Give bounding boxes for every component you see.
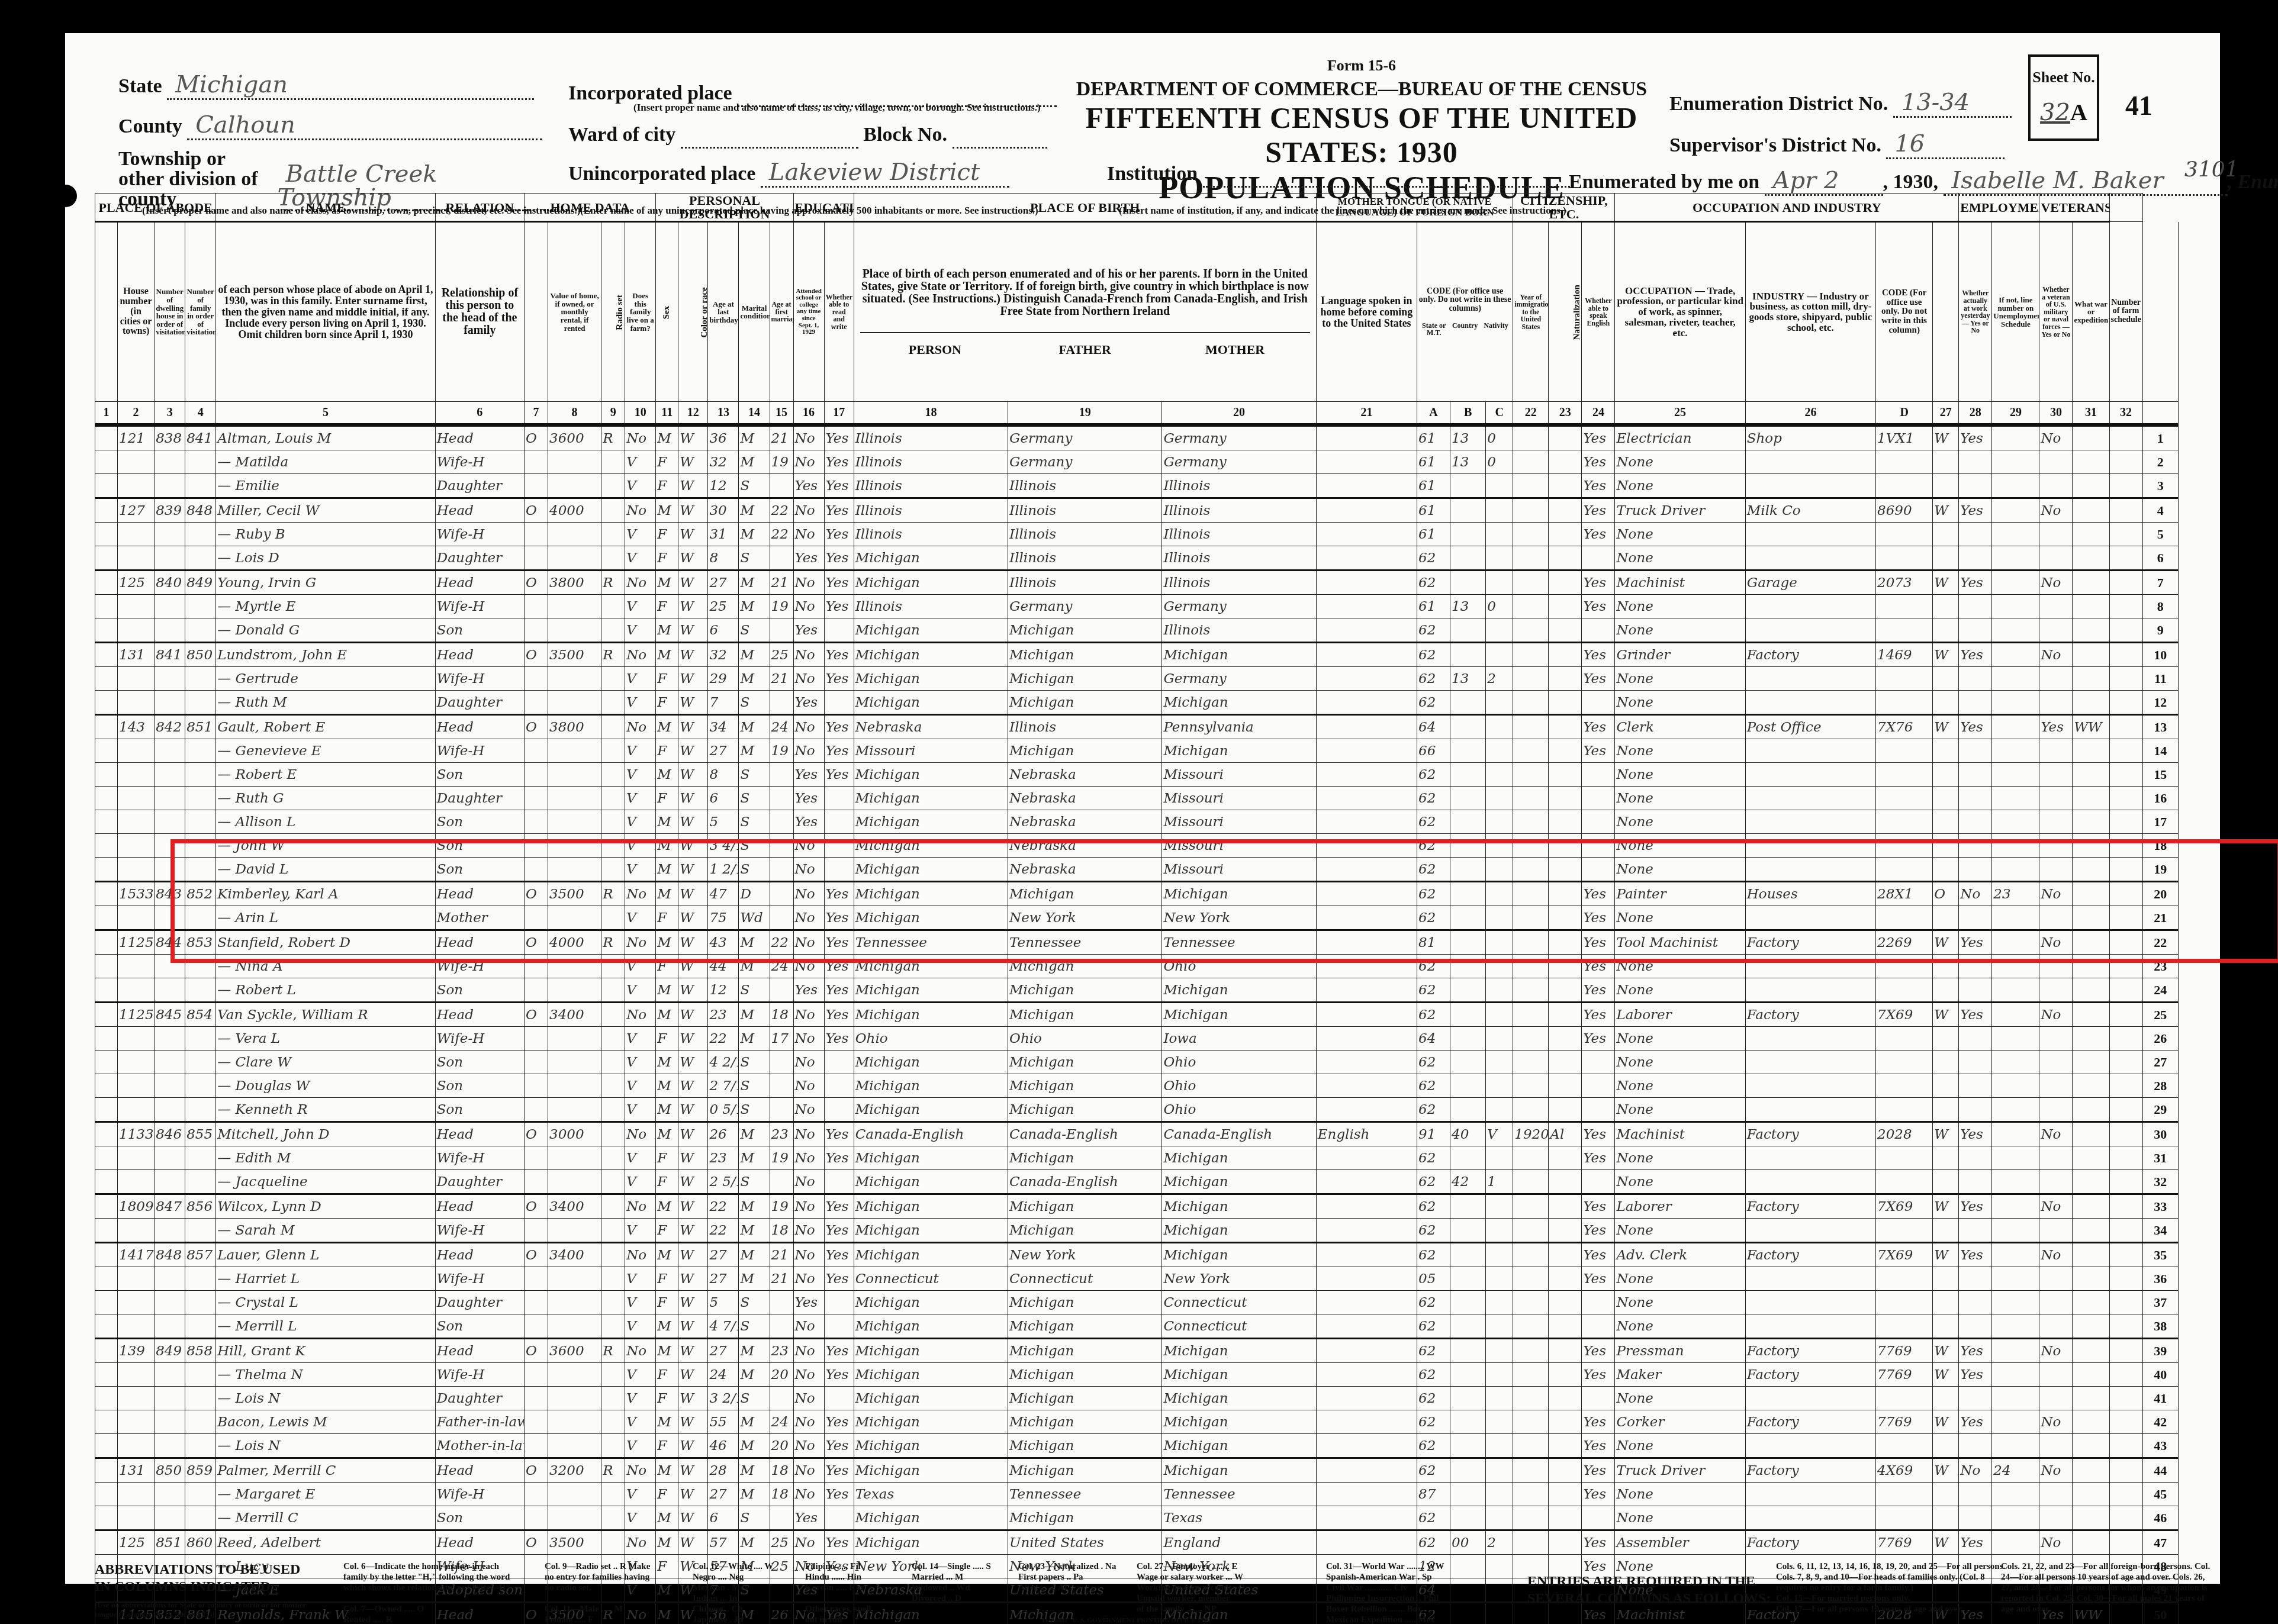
cell-owned [524,810,548,834]
cell-race: W [678,1219,708,1243]
cell-house [118,1267,155,1291]
line-number: 32 [2142,1170,2178,1194]
cell-farm: V [625,739,656,763]
cell-marital: Wd [739,906,770,930]
cell-farm: V [625,546,656,571]
cell-value [548,1098,601,1122]
cell-work [1959,810,1992,834]
cell-occ: None [1615,763,1745,787]
cell-sex: F [656,787,678,810]
line-number: 30 [2142,1122,2178,1146]
cell-mother: Germany [1162,450,1316,474]
cell-value [548,787,601,810]
cell-eng: Yes [1582,1530,1615,1555]
column-number: 30 [2039,402,2073,426]
cell-occ: Assembler [1615,1530,1745,1555]
cell-family: 857 [185,1243,216,1267]
cell-house [118,978,155,1003]
cell-marital: M [739,1219,770,1243]
column-number: 22 [1513,402,1549,426]
cell-B: 13 [1450,595,1486,618]
cell-work: Yes [1959,930,1992,955]
cell-age: 23 [708,1003,739,1027]
col-farm: Does this family live on a farm? [625,222,656,402]
cell-street [95,1194,118,1219]
cell-father: Michigan [1008,1434,1162,1458]
cell-B [1450,978,1486,1003]
cell-age: 2 7/12 [708,1074,739,1098]
cell-mother: Michigan [1162,1243,1316,1267]
cell-radio [601,618,625,643]
cell-value [548,691,601,715]
cell-farm: V [625,1483,656,1506]
cell-A: 62 [1417,618,1450,643]
cell-occ: Machinist [1615,571,1745,595]
col-home-owned: Home owned or rented [524,222,548,402]
cell-owned [524,450,548,474]
column-number: 15 [770,402,793,426]
cell-eng: Yes [1582,571,1615,595]
cell-farmsched [2109,1051,2142,1074]
cell-pob: Illinois [854,474,1008,498]
cell-C [1486,1219,1513,1243]
cell-radio [601,715,625,739]
cell-name: — Robert E [216,763,436,787]
cell-unemp [1992,930,2039,955]
cell-B [1450,1219,1486,1243]
cell-relation: Wife-H [435,739,524,763]
cell-age: 23 [708,1146,739,1170]
cell-pob: Michigan [854,1146,1008,1170]
col-age: Age at last birthday [708,222,739,402]
cell-cls: W [1933,425,1959,450]
cell-sex: F [656,1146,678,1170]
cell-C [1486,1098,1513,1122]
cell-radio [601,1003,625,1027]
cell-relation: Head [435,1458,524,1483]
cell-eng [1582,1291,1615,1314]
cell-nat [1549,1267,1582,1291]
cell-pob: Michigan [854,1051,1008,1074]
cell-father: Michigan [1008,1003,1162,1027]
cell-occ: None [1615,474,1745,498]
cell-nat [1549,1074,1582,1098]
cell-family: 858 [185,1339,216,1363]
cell-family [185,1219,216,1243]
cell-mother: Missouri [1162,787,1316,810]
cell-age: 6 [708,1506,739,1530]
cell-value: 3400 [548,1243,601,1267]
cell-imm [1513,691,1549,715]
cell-eng [1582,1170,1615,1194]
cell-unemp [1992,1219,2039,1243]
cell-school: No [793,1194,824,1219]
cell-work: Yes [1959,1194,1992,1219]
cell-family [185,1314,216,1339]
cell-nat [1549,523,1582,546]
cell-school: Yes [793,763,824,787]
cell-house: 143 [118,715,155,739]
cell-house: 127 [118,498,155,523]
cell-nat [1549,1003,1582,1027]
cell-age_marr: 23 [770,1339,793,1363]
cell-house [118,1170,155,1194]
cell-vet [2039,739,2073,763]
cell-mother: Iowa [1162,1027,1316,1051]
cell-farm: No [625,1194,656,1219]
cell-ind [1745,474,1875,498]
cell-pob: Michigan [854,978,1008,1003]
cell-age: 32 [708,450,739,474]
cell-work [1959,1387,1992,1410]
cell-imm [1513,1003,1549,1027]
cell-dwelling [155,667,185,691]
cell-name: — Lois N [216,1434,436,1458]
cell-read [824,1506,854,1530]
cell-age_marr: 25 [770,643,793,667]
cell-nat [1549,739,1582,763]
cell-B [1450,1194,1486,1219]
column-number: 17 [824,402,854,426]
line-number: 26 [2142,1027,2178,1051]
cell-value [548,1363,601,1387]
cell-sex: M [656,425,678,450]
cell-A: 62 [1417,1291,1450,1314]
cell-house: 1417 [118,1243,155,1267]
unincorporated-value: Lakeview District [761,159,980,186]
group-home-data: HOME DATA [524,194,655,222]
cell-read: Yes [824,1267,854,1291]
cell-A: 62 [1417,763,1450,787]
cell-school: Yes [793,1291,824,1314]
cell-relation: Daughter [435,1291,524,1314]
cell-relation: Wife-H [435,1027,524,1051]
cell-vet [2039,763,2073,787]
cell-relation: Wife-H [435,595,524,618]
column-number: 11 [656,402,678,426]
ward-field: Ward of city Block No. [568,120,1047,149]
table-row: — Harriet LWife-HVFW27M21NoYesConnecticu… [95,1267,2179,1291]
cell-lang [1316,1098,1417,1122]
cell-farm: V [625,1434,656,1458]
cell-race: W [678,1387,708,1410]
cell-occ: Truck Driver [1615,498,1745,523]
cell-farmsched [2109,1170,2142,1194]
cell-imm [1513,1051,1549,1074]
cell-lang [1316,1434,1417,1458]
cell-race: W [678,1098,708,1122]
cell-vet: No [2039,498,2073,523]
cell-read [824,1291,854,1314]
cell-sex: F [656,691,678,715]
cell-eng [1582,1314,1615,1339]
line-number: 43 [2142,1434,2178,1458]
cell-imm [1513,425,1549,450]
cell-father: Illinois [1008,523,1162,546]
cell-nat [1549,1027,1582,1051]
cell-age: 4 2/12 [708,1051,739,1074]
cell-eng: Yes [1582,1363,1615,1387]
cell-imm [1513,498,1549,523]
cell-radio [601,546,625,571]
col-home-value: Value of home, if owned, or monthly rent… [548,222,601,402]
cell-nat [1549,1458,1582,1483]
cell-unemp [1992,1314,2039,1339]
cell-age_marr [770,1314,793,1339]
cell-marital: M [739,1410,770,1434]
cell-unemp [1992,1003,2039,1027]
cell-war [2073,1243,2109,1267]
cell-marital: M [739,1530,770,1555]
line-number: 7 [2142,571,2178,595]
cell-street [95,667,118,691]
cell-value [548,978,601,1003]
cell-imm [1513,787,1549,810]
cell-sex: F [656,523,678,546]
cell-street [95,595,118,618]
cell-school: No [793,1027,824,1051]
cell-marital: M [739,450,770,474]
cell-B [1450,906,1486,930]
cell-name: — Merrill L [216,1314,436,1339]
cell-ind [1745,618,1875,643]
cell-age_marr: 24 [770,1410,793,1434]
county-field: County Calhoun [118,111,542,140]
cell-nat [1549,978,1582,1003]
group-education: EDUCATION [793,194,854,222]
cell-name: — Merrill C [216,1506,436,1530]
cell-unemp [1992,691,2039,715]
cell-street [95,906,118,930]
cell-value [548,595,601,618]
cell-school: Yes [793,978,824,1003]
col-war: What war or expedition? [2073,222,2109,402]
cell-dwelling: 838 [155,425,185,450]
cell-B [1450,618,1486,643]
cell-house [118,667,155,691]
cell-radio [601,450,625,474]
cell-war [2073,546,2109,571]
cell-street [95,498,118,523]
cell-value: 3400 [548,1003,601,1027]
cell-mother: Germany [1162,425,1316,450]
line-number: 4 [2142,498,2178,523]
cell-mother: Michigan [1162,1458,1316,1483]
cell-name: — Gertrude [216,667,436,691]
cell-house [118,763,155,787]
column-number: 10 [625,402,656,426]
cell-farmsched [2109,595,2142,618]
cell-marital: M [739,1267,770,1291]
cell-father: Michigan [1008,1410,1162,1434]
cell-sex: M [656,1098,678,1122]
cell-house [118,450,155,474]
cell-age_marr: 22 [770,523,793,546]
cell-B [1450,810,1486,834]
cell-war [2073,1506,2109,1530]
cell-ind: Milk Co [1745,498,1875,523]
column-number: 9 [601,402,625,426]
cell-school: No [793,1146,824,1170]
cell-family [185,1291,216,1314]
cell-unemp [1992,546,2039,571]
cell-occ: Adv. Clerk [1615,1243,1745,1267]
cell-vet [2039,667,2073,691]
cell-code [1876,1074,1933,1098]
cell-farmsched [2109,1458,2142,1483]
cell-ind [1745,1074,1875,1098]
line-number: 12 [2142,691,2178,715]
cell-vet [2039,450,2073,474]
cell-imm [1513,474,1549,498]
cell-nat [1549,595,1582,618]
cell-unemp [1992,1194,2039,1219]
cell-read: Yes [824,474,854,498]
cell-father: Tennessee [1008,930,1162,955]
cell-unemp [1992,739,2039,763]
cell-marital: M [739,643,770,667]
cell-race: W [678,1051,708,1074]
cell-code [1876,787,1933,810]
cell-read: Yes [824,425,854,450]
cell-age_marr: 21 [770,1267,793,1291]
cell-radio: R [601,571,625,595]
cell-lang [1316,1003,1417,1027]
cell-eng [1582,546,1615,571]
cell-ind: Houses [1745,882,1875,906]
cell-ind [1745,1291,1875,1314]
cell-street [95,1410,118,1434]
line-number: 18 [2142,834,2178,858]
cell-marital: M [739,595,770,618]
cell-relation: Daughter [435,474,524,498]
cell-war [2073,1530,2109,1555]
cell-relation: Wife-H [435,1483,524,1506]
cell-father: Canada-English [1008,1170,1162,1194]
cell-occ: None [1615,1434,1745,1458]
cell-ind [1745,810,1875,834]
cell-relation: Mother [435,906,524,930]
cell-pob: Michigan [854,643,1008,667]
cell-farmsched [2109,955,2142,978]
cell-lang [1316,810,1417,834]
cell-nat [1549,474,1582,498]
cell-A: 91 [1417,1122,1450,1146]
cell-street [95,1146,118,1170]
cell-work [1959,1291,1992,1314]
cell-imm [1513,1483,1549,1506]
cell-age_marr: 19 [770,450,793,474]
cell-read: Yes [824,1458,854,1483]
cell-cls: W [1933,930,1959,955]
cell-nat [1549,1506,1582,1530]
cell-imm [1513,595,1549,618]
cell-pob: Michigan [854,1003,1008,1027]
cell-imm [1513,523,1549,546]
cell-B: 13 [1450,425,1486,450]
cell-farm: No [625,643,656,667]
cell-race: W [678,1267,708,1291]
cell-nat [1549,425,1582,450]
cell-C [1486,1458,1513,1483]
cell-race: W [678,1506,708,1530]
cell-eng: Yes [1582,1410,1615,1434]
cell-street [95,425,118,450]
cell-A: 62 [1417,1074,1450,1098]
cell-marital: S [739,810,770,834]
line-number: 44 [2142,1458,2178,1483]
cell-war [2073,667,2109,691]
cell-occ: None [1615,834,1745,858]
cell-pob: Michigan [854,955,1008,978]
cell-ind [1745,1170,1875,1194]
cell-marital: S [739,618,770,643]
cell-mother: Michigan [1162,1170,1316,1194]
cell-cls: W [1933,1122,1959,1146]
cell-name: Gault, Robert E [216,715,436,739]
cell-sex: F [656,450,678,474]
col-farm-schedule: Number of farm schedule [2109,222,2142,402]
cell-farmsched [2109,1410,2142,1434]
cell-ind [1745,667,1875,691]
cell-cls [1933,595,1959,618]
cell-sex: M [656,715,678,739]
cell-code [1876,955,1933,978]
line-number: 14 [2142,739,2178,763]
cell-father: Michigan [1008,1098,1162,1122]
cell-mother: Germany [1162,667,1316,691]
cell-unemp [1992,1434,2039,1458]
cell-imm [1513,546,1549,571]
table-row: 1125845854Van Syckle, William RHeadO3400… [95,1003,2179,1027]
cell-C [1486,1074,1513,1098]
cell-imm [1513,618,1549,643]
cell-work [1959,1314,1992,1339]
cell-relation: Daughter [435,1170,524,1194]
cell-read [824,1074,854,1098]
cell-father: Illinois [1008,474,1162,498]
cell-farm: No [625,882,656,906]
cell-radio [601,1098,625,1122]
col-street: Street, avenue, road, etc. [95,222,118,402]
cell-occ: None [1615,906,1745,930]
cell-dwelling [155,691,185,715]
cell-relation: Head [435,1122,524,1146]
cell-code [1876,834,1933,858]
cell-pob: Michigan [854,1410,1008,1434]
cell-C [1486,978,1513,1003]
cell-family [185,906,216,930]
cell-ind: Factory [1745,1003,1875,1027]
cell-ind: Factory [1745,1339,1875,1363]
cell-mother: Michigan [1162,1387,1316,1410]
cell-cls [1933,1291,1959,1314]
cell-A: 05 [1417,1267,1450,1291]
cell-marital: S [739,787,770,810]
cell-ind: Factory [1745,643,1875,667]
col-speak-english: Whether able to speak English [1582,222,1615,402]
column-number-row: 123456789101112131415161718192021ABC2223… [95,402,2179,426]
cell-lang [1316,618,1417,643]
cell-unemp [1992,763,2039,787]
cell-school: No [793,425,824,450]
cell-war [2073,571,2109,595]
cell-age: 27 [708,1243,739,1267]
cell-work [1959,1027,1992,1051]
cell-age: 5 [708,1291,739,1314]
cell-name: — Margaret E [216,1483,436,1506]
cell-school: No [793,1314,824,1339]
